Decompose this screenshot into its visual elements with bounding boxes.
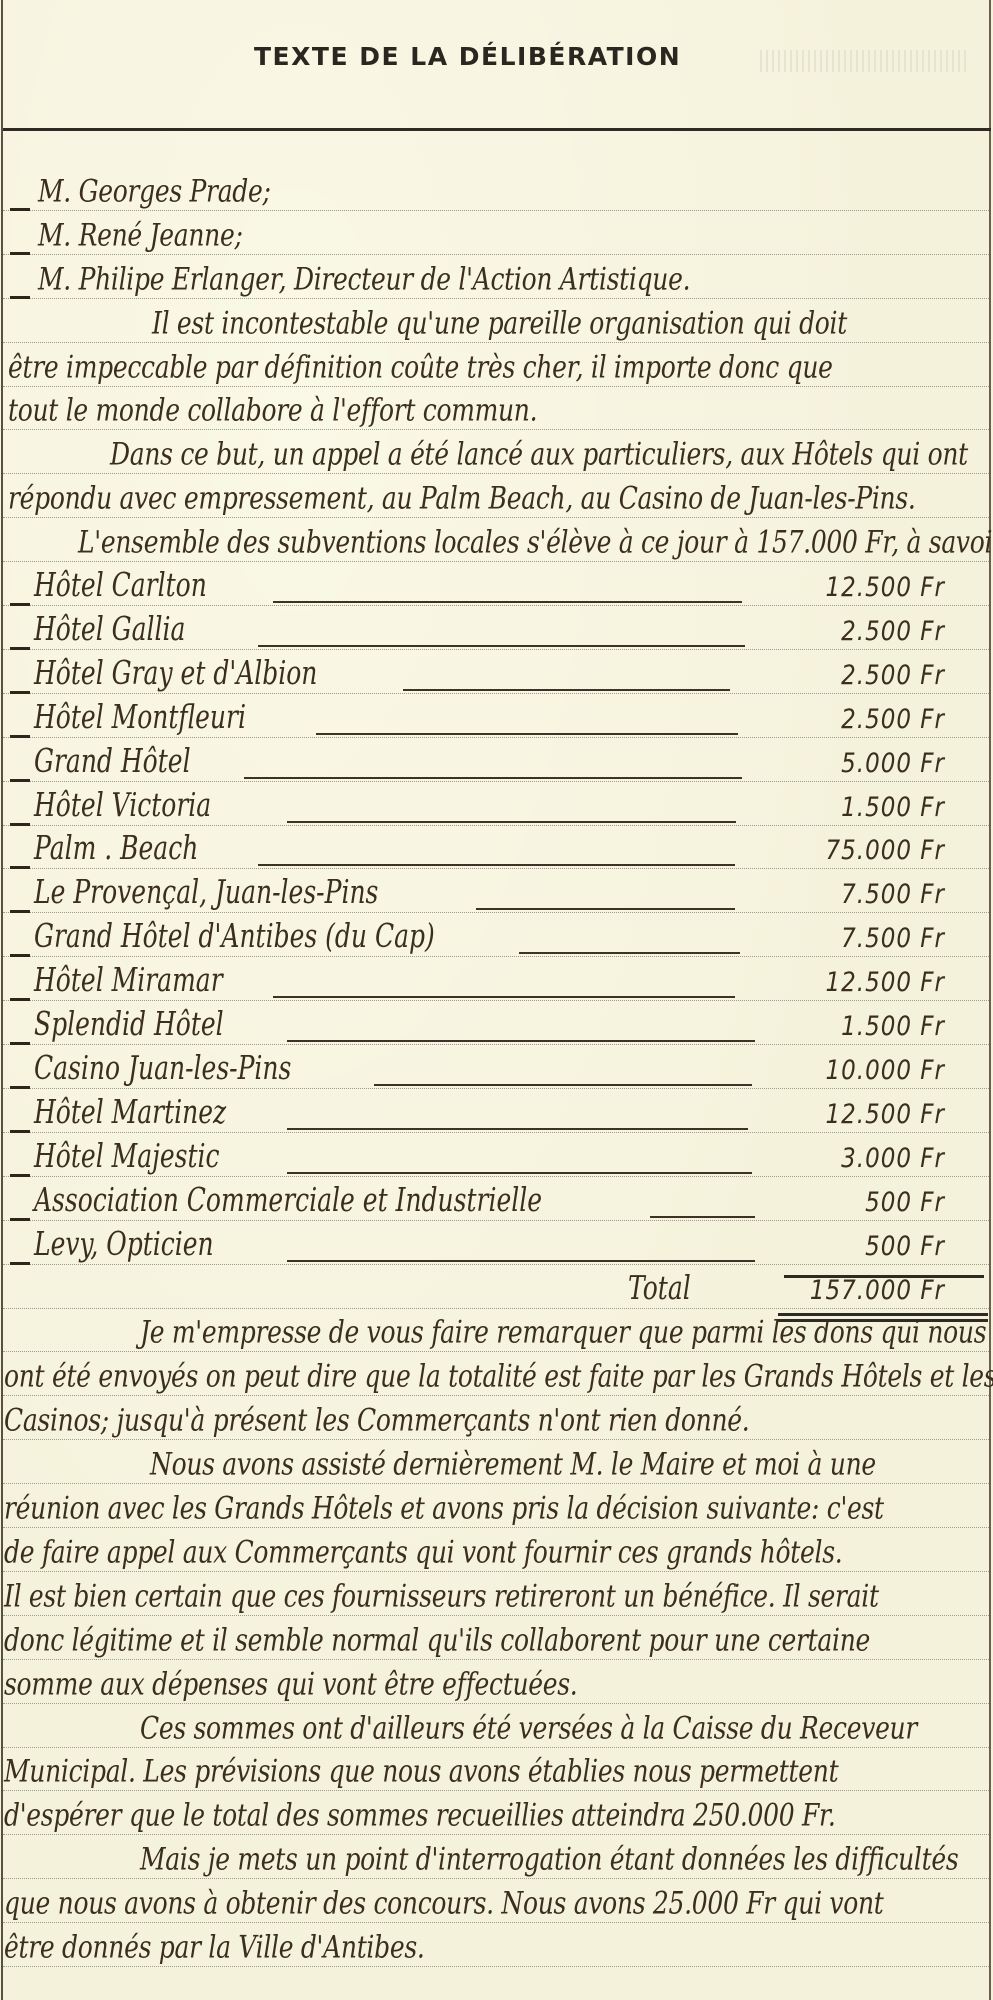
subsidy-name: Palm . Beach	[34, 829, 198, 867]
document-page: TEXTE DE LA DÉLIBÉRATION M. Georges Prad…	[0, 0, 993, 2000]
paragraph-line: être impeccable par définition coûte trè…	[8, 349, 993, 385]
paragraph-line: somme aux dépenses qui vont être effectu…	[4, 1666, 993, 1702]
subsidy-amount: 2.500 Fr	[841, 661, 945, 691]
ruled-line	[3, 1088, 989, 1089]
paragraph-line: Casinos; jusqu'à présent les Commerçants…	[4, 1402, 993, 1438]
ruled-line	[3, 693, 989, 694]
ruled-line	[3, 1527, 989, 1528]
leader-line	[316, 733, 738, 735]
list-dash	[10, 910, 30, 913]
total-double-rule-top	[778, 1313, 988, 1316]
subsidy-amount: 3.000 Fr	[841, 1144, 945, 1174]
attendee-line: M. Philipe Erlanger, Directeur de l'Acti…	[38, 261, 993, 297]
paragraph-line: Il est bien certain que ces fournisseurs…	[4, 1578, 993, 1614]
subsidy-name: Splendid Hôtel	[34, 1005, 224, 1043]
subsidy-name: Hôtel Miramar	[34, 961, 223, 999]
paragraph-line: tout le monde collabore à l'effort commu…	[8, 392, 993, 428]
list-dash	[10, 1086, 30, 1089]
subsidy-name: Casino Juan-les-Pins	[34, 1049, 291, 1087]
list-dash	[10, 735, 30, 738]
ruled-line	[3, 781, 989, 782]
subsidy-name: Le Provençal, Juan-les-Pins	[34, 873, 378, 911]
attendee-line: M. Georges Prade;	[38, 173, 993, 209]
ruled-line	[3, 1834, 989, 1835]
leader-line	[273, 601, 743, 603]
ruled-line	[3, 1176, 989, 1177]
ruled-line	[3, 1659, 989, 1660]
subsidy-name: Grand Hôtel	[34, 742, 191, 780]
ruled-line	[3, 1483, 989, 1484]
ruled-line	[3, 912, 989, 913]
subsidy-amount: 12.500 Fr	[826, 968, 945, 998]
header-divider	[3, 128, 991, 131]
subsidy-amount: 12.500 Fr	[826, 573, 945, 603]
list-dash	[10, 1042, 30, 1045]
paragraph-line: Ces sommes ont d'ailleurs été versées à …	[140, 1710, 993, 1746]
list-dash	[10, 1218, 30, 1221]
list-dash	[10, 1262, 30, 1265]
ruled-line	[3, 1044, 989, 1045]
ruled-line	[3, 1878, 989, 1879]
subsidy-amount: 10.000 Fr	[826, 1056, 945, 1086]
subsidy-amount: 1.500 Fr	[841, 793, 945, 823]
leader-line	[273, 996, 736, 998]
paragraph-line: d'espérer que le total des sommes recuei…	[4, 1797, 993, 1833]
subsidy-amount: 500 Fr	[865, 1188, 945, 1218]
paragraph-line: réunion avec les Grands Hôtels et avons …	[4, 1490, 993, 1526]
ruled-line	[3, 254, 989, 255]
paragraph-line: Municipal. Les prévisions que nous avons…	[4, 1753, 993, 1789]
ruled-line	[3, 473, 989, 474]
leader-line	[519, 952, 740, 954]
ruled-line	[3, 1966, 989, 1967]
paragraph-line: de faire appel aux Commerçants qui vont …	[4, 1534, 993, 1570]
subsidy-name: Hôtel Majestic	[34, 1137, 220, 1175]
subsidy-name: Levy, Opticien	[34, 1225, 214, 1263]
ruled-line	[3, 429, 989, 430]
list-dash	[10, 691, 30, 694]
paragraph-line: que nous avons à obtenir des concours. N…	[4, 1885, 993, 1921]
subsidy-amount: 5.000 Fr	[841, 749, 945, 779]
list-dash	[10, 296, 30, 299]
list-dash	[10, 647, 30, 650]
ruled-line	[3, 605, 989, 606]
leader-line	[650, 1216, 756, 1218]
subsidy-amount: 7.500 Fr	[841, 880, 945, 910]
list-dash	[10, 823, 30, 826]
paragraph-line: être donnés par la Ville d'Antibes.	[4, 1929, 993, 1965]
ruled-line	[3, 1308, 989, 1309]
leader-line	[258, 645, 745, 647]
ruled-line	[3, 1264, 989, 1265]
paragraph-line: répondu avec empressement, au Palm Beach…	[8, 480, 993, 516]
ruled-line	[3, 1615, 989, 1616]
page-title: TEXTE DE LA DÉLIBÉRATION	[254, 42, 681, 71]
paragraph-line: Nous avons assisté dernièrement M. le Ma…	[150, 1446, 993, 1482]
subsidy-amount: 2.500 Fr	[841, 617, 945, 647]
ruled-line	[3, 517, 989, 518]
ruled-line	[3, 1439, 989, 1440]
subsidy-name: Hôtel Montfleuri	[34, 698, 246, 736]
list-dash	[10, 252, 30, 255]
list-dash	[10, 866, 30, 869]
list-dash	[10, 954, 30, 957]
leader-line	[374, 1084, 752, 1086]
leader-line	[258, 864, 735, 866]
ruled-line	[3, 825, 989, 826]
attendee-line: M. René Jeanne;	[38, 217, 993, 253]
subsidy-name: Hôtel Gallia	[34, 610, 185, 648]
ruled-line	[3, 868, 989, 869]
list-dash	[10, 998, 30, 1001]
list-dash	[10, 1174, 30, 1177]
faded-stamp	[760, 50, 970, 72]
subsidy-amount: 75.000 Fr	[826, 836, 945, 866]
ruled-line	[3, 298, 989, 299]
subsidy-amount: 2.500 Fr	[841, 705, 945, 735]
paragraph-line: Dans ce but, un appel a été lancé aux pa…	[110, 436, 993, 472]
paragraph-line: ont été envoyés on peut dire que la tota…	[4, 1358, 993, 1394]
leader-line	[244, 777, 743, 779]
total-label: Total	[628, 1269, 691, 1307]
leader-line	[287, 821, 736, 823]
total-amount: 157.000 Fr	[810, 1276, 945, 1306]
subsidy-name: Hôtel Martinez	[34, 1093, 226, 1131]
ruled-line	[3, 1132, 989, 1133]
list-dash	[10, 208, 30, 211]
paragraph-line: Il est incontestable qu'une pareille org…	[152, 305, 993, 341]
ruled-line	[3, 210, 989, 211]
leader-line	[287, 1040, 755, 1042]
subsidy-name: Hôtel Gray et d'Albion	[34, 654, 317, 692]
subsidy-name: Hôtel Victoria	[34, 786, 211, 824]
ruled-line	[3, 1000, 989, 1001]
subsidy-amount: 500 Fr	[865, 1232, 945, 1262]
subsidy-amount: 12.500 Fr	[826, 1100, 945, 1130]
ruled-line	[3, 1747, 989, 1748]
subsidy-name: Association Commerciale et Industrielle	[34, 1181, 542, 1219]
subsidy-amount: 1.500 Fr	[841, 1012, 945, 1042]
ruled-line	[3, 1922, 989, 1923]
leader-line	[287, 1172, 752, 1174]
leader-line	[287, 1128, 748, 1130]
paragraph-line: L'ensemble des subventions locales s'élè…	[78, 524, 993, 560]
ruled-line	[3, 1351, 989, 1352]
list-dash	[10, 1130, 30, 1133]
ruled-line	[3, 737, 989, 738]
total-double-rule-bottom	[778, 1319, 988, 1322]
ruled-line	[3, 561, 989, 562]
ruled-line	[3, 956, 989, 957]
leader-line	[476, 908, 736, 910]
list-dash	[10, 779, 30, 782]
subsidy-name: Grand Hôtel d'Antibes (du Cap)	[34, 917, 435, 955]
total-underline	[784, 1275, 984, 1278]
ruled-line	[3, 649, 989, 650]
ruled-line	[3, 1703, 989, 1704]
leader-line	[287, 1260, 755, 1262]
ruled-line	[3, 1790, 989, 1791]
leader-line	[403, 689, 730, 691]
paragraph-line: donc légitime et il semble normal qu'ils…	[4, 1622, 993, 1658]
ruled-line	[3, 342, 989, 343]
paragraph-line: Mais je mets un point d'interrogation ét…	[140, 1841, 993, 1877]
subsidy-amount: 7.500 Fr	[841, 924, 945, 954]
ruled-line	[3, 386, 989, 387]
list-dash	[10, 603, 30, 606]
subsidy-name: Hôtel Carlton	[34, 566, 207, 604]
ruled-line	[3, 1220, 989, 1221]
ruled-line	[3, 1395, 989, 1396]
ruled-line	[3, 1571, 989, 1572]
